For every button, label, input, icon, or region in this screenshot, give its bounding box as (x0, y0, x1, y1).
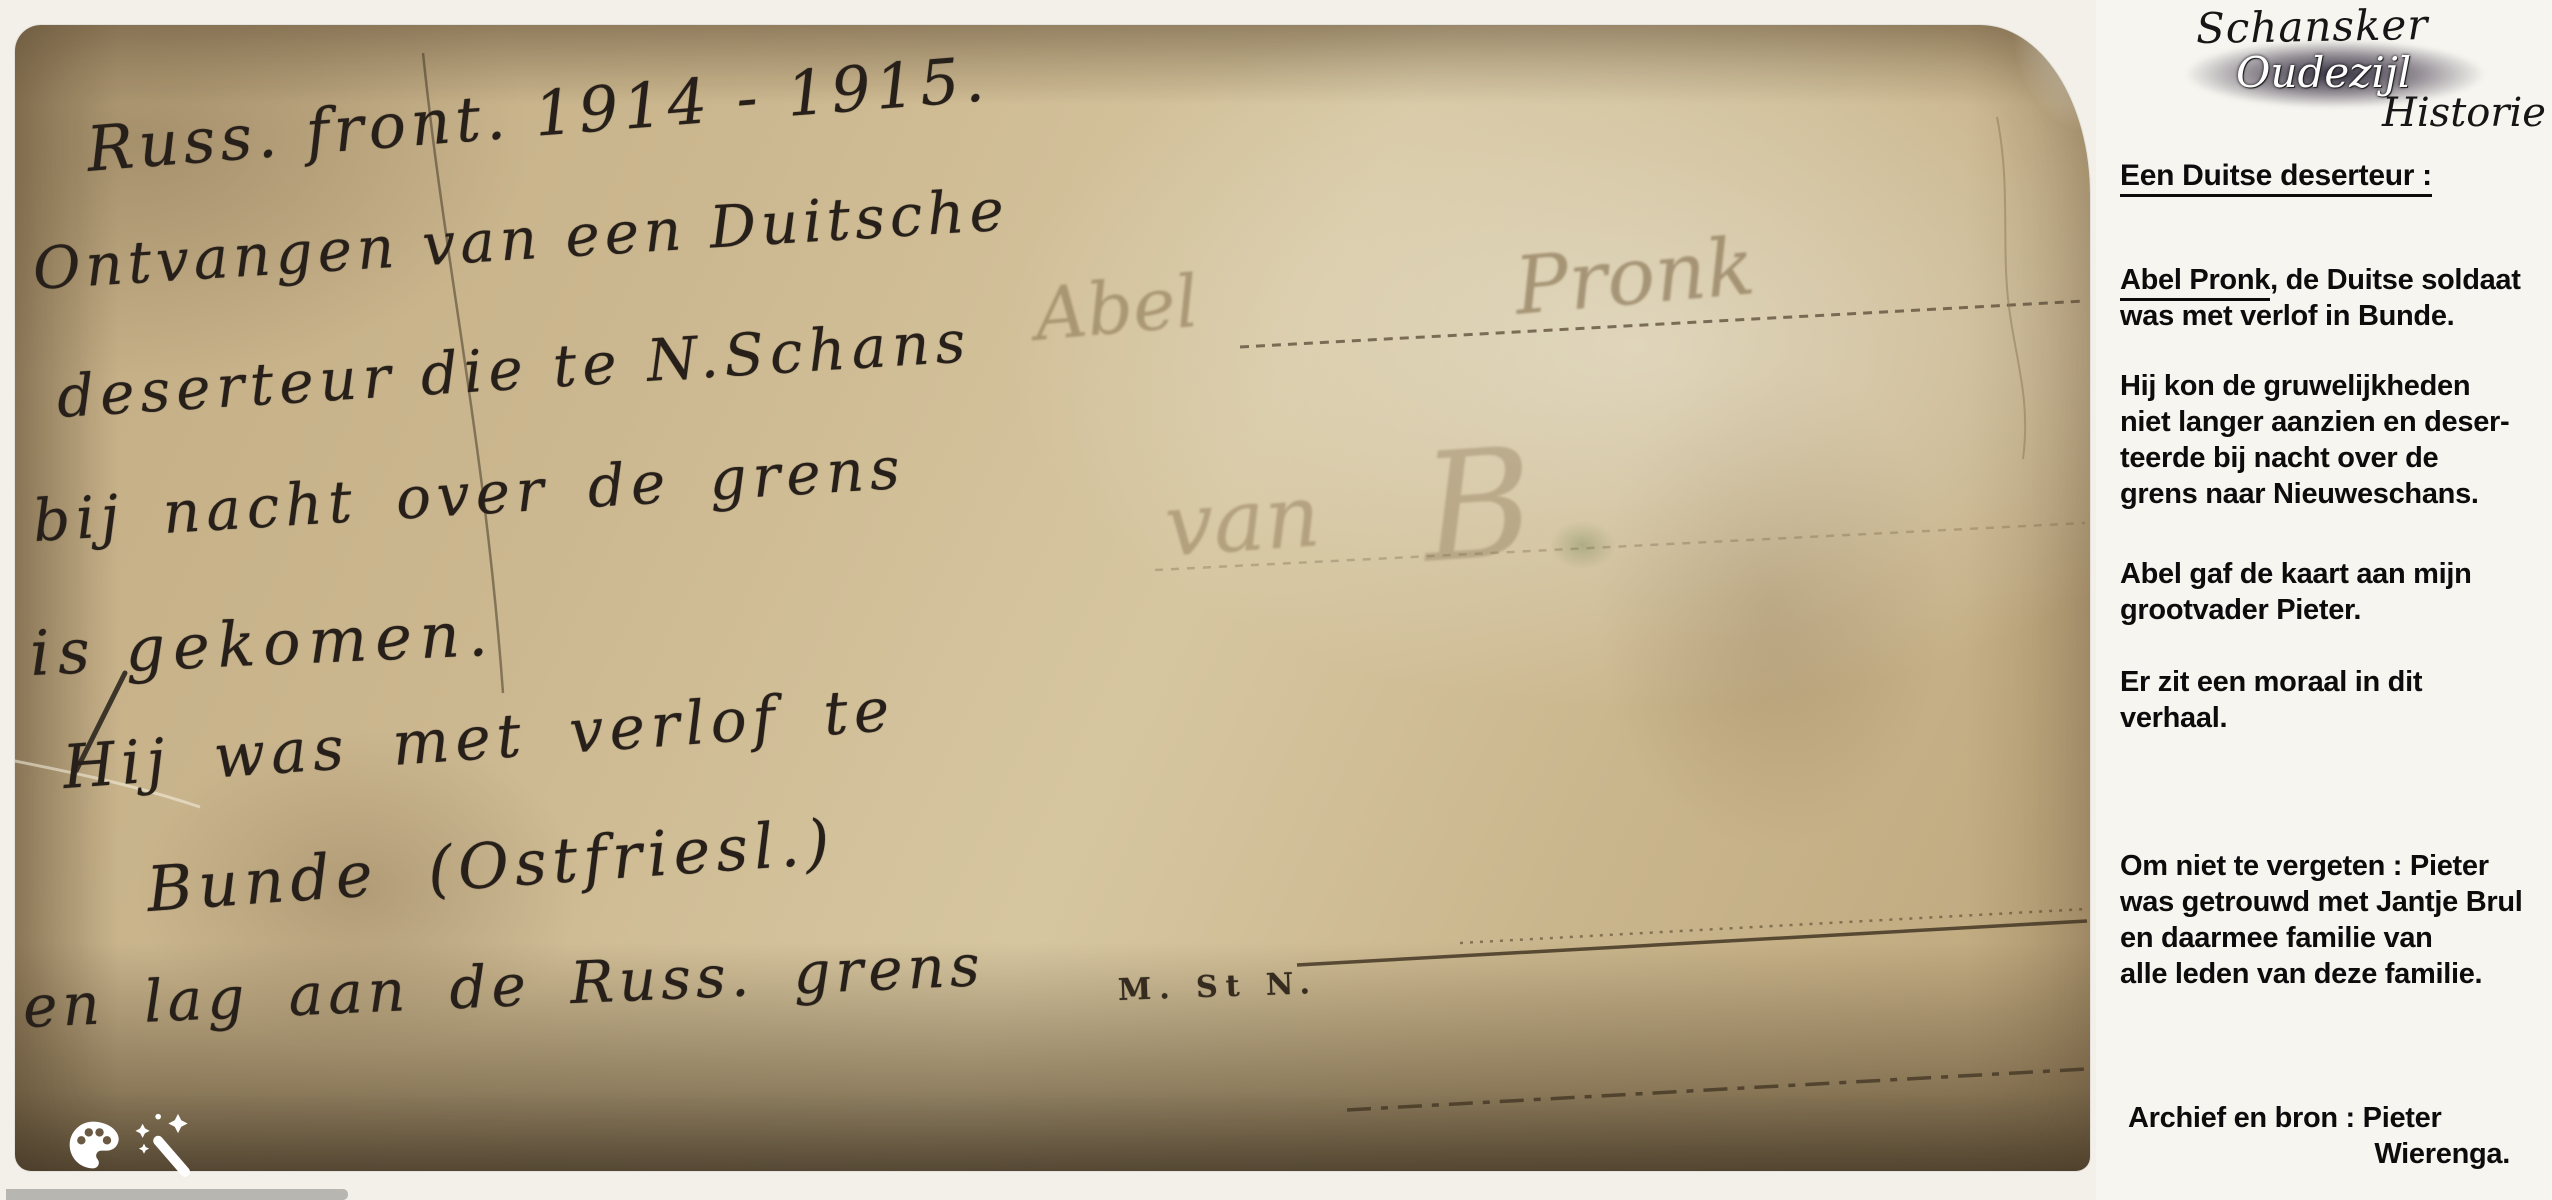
kaart-line: grootvader Pieter. (2120, 592, 2530, 628)
moraal-line: Er zit een moraal in dit (2120, 664, 2530, 700)
vergeten-line: was getrouwd met Jantje Brul (2120, 884, 2530, 920)
kaart-line: Abel gaf de kaart aan mijn (2120, 556, 2530, 592)
credit-line-2: Wierenga. (2120, 1136, 2512, 1172)
moraal-line: verhaal. (2120, 700, 2530, 736)
palette-icon (65, 1117, 121, 1173)
desertion-line: grens naar Nieuweschans. (2120, 476, 2530, 512)
vergeten-line: Om niet te vergeten : Pieter (2120, 848, 2530, 884)
paragraph-vergeten: Om niet te vergeten : Pieter was getrouw… (2120, 848, 2530, 992)
ghost-script-abel: Abel (1031, 259, 1201, 357)
magic-wand-button[interactable] (127, 1111, 195, 1179)
logo-historie-text: Historie (2382, 90, 2546, 136)
desertion-line: teerde bij nacht over de (2120, 440, 2530, 476)
postcard-stamp-text: M. St N. (1117, 966, 1318, 1008)
logo-schansker-text: Schansker (2196, 0, 2429, 53)
palette-button[interactable] (65, 1117, 121, 1173)
paragraph-intro: Abel Pronk, de Duitse soldaat was met ve… (2120, 262, 2530, 334)
postcard-photo: Russ. front. 1914 - 1915. Ontvangen van … (15, 25, 2090, 1171)
intro-line-2: was met verlof in Bunde. (2120, 298, 2530, 334)
credit-line-1: Archief en bron : Pieter (2120, 1100, 2512, 1136)
horizontal-scrollbar-thumb[interactable] (6, 1189, 348, 1200)
info-panel: Schansker Oudezijl Historie Een Duitse d… (2096, 0, 2552, 1200)
desertion-line: niet langer aanzien en deser- (2120, 404, 2530, 440)
intro-rest: , de Duitse soldaat (2270, 264, 2521, 296)
intro-name: Abel Pronk (2120, 264, 2270, 301)
logo: Schansker Oudezijl Historie (2096, 0, 2552, 150)
paragraph-moraal: Er zit een moraal in dit verhaal. (2120, 664, 2530, 736)
desertion-line: Hij kon de gruwelijkheden (2120, 368, 2530, 404)
paragraph-kaart: Abel gaf de kaart aan mijn grootvader Pi… (2120, 556, 2530, 628)
panel-heading: Een Duitse deserteur : (2120, 158, 2530, 194)
vergeten-line: en daarmee familie van (2120, 920, 2530, 956)
panel-heading-text: Een Duitse deserteur : (2120, 159, 2432, 197)
magic-wand-icon (127, 1111, 195, 1179)
ghost-script-b: B (1417, 416, 1539, 597)
vergeten-line: alle leden van deze familie. (2120, 956, 2530, 992)
paragraph-desertion: Hij kon de gruwelijkheden niet langer aa… (2120, 368, 2530, 512)
ghost-script-van: van (1162, 466, 1324, 577)
credit-block: Archief en bron : Pieter Wierenga. (2120, 1100, 2512, 1172)
intro-line-1: Abel Pronk, de Duitse soldaat (2120, 262, 2530, 298)
